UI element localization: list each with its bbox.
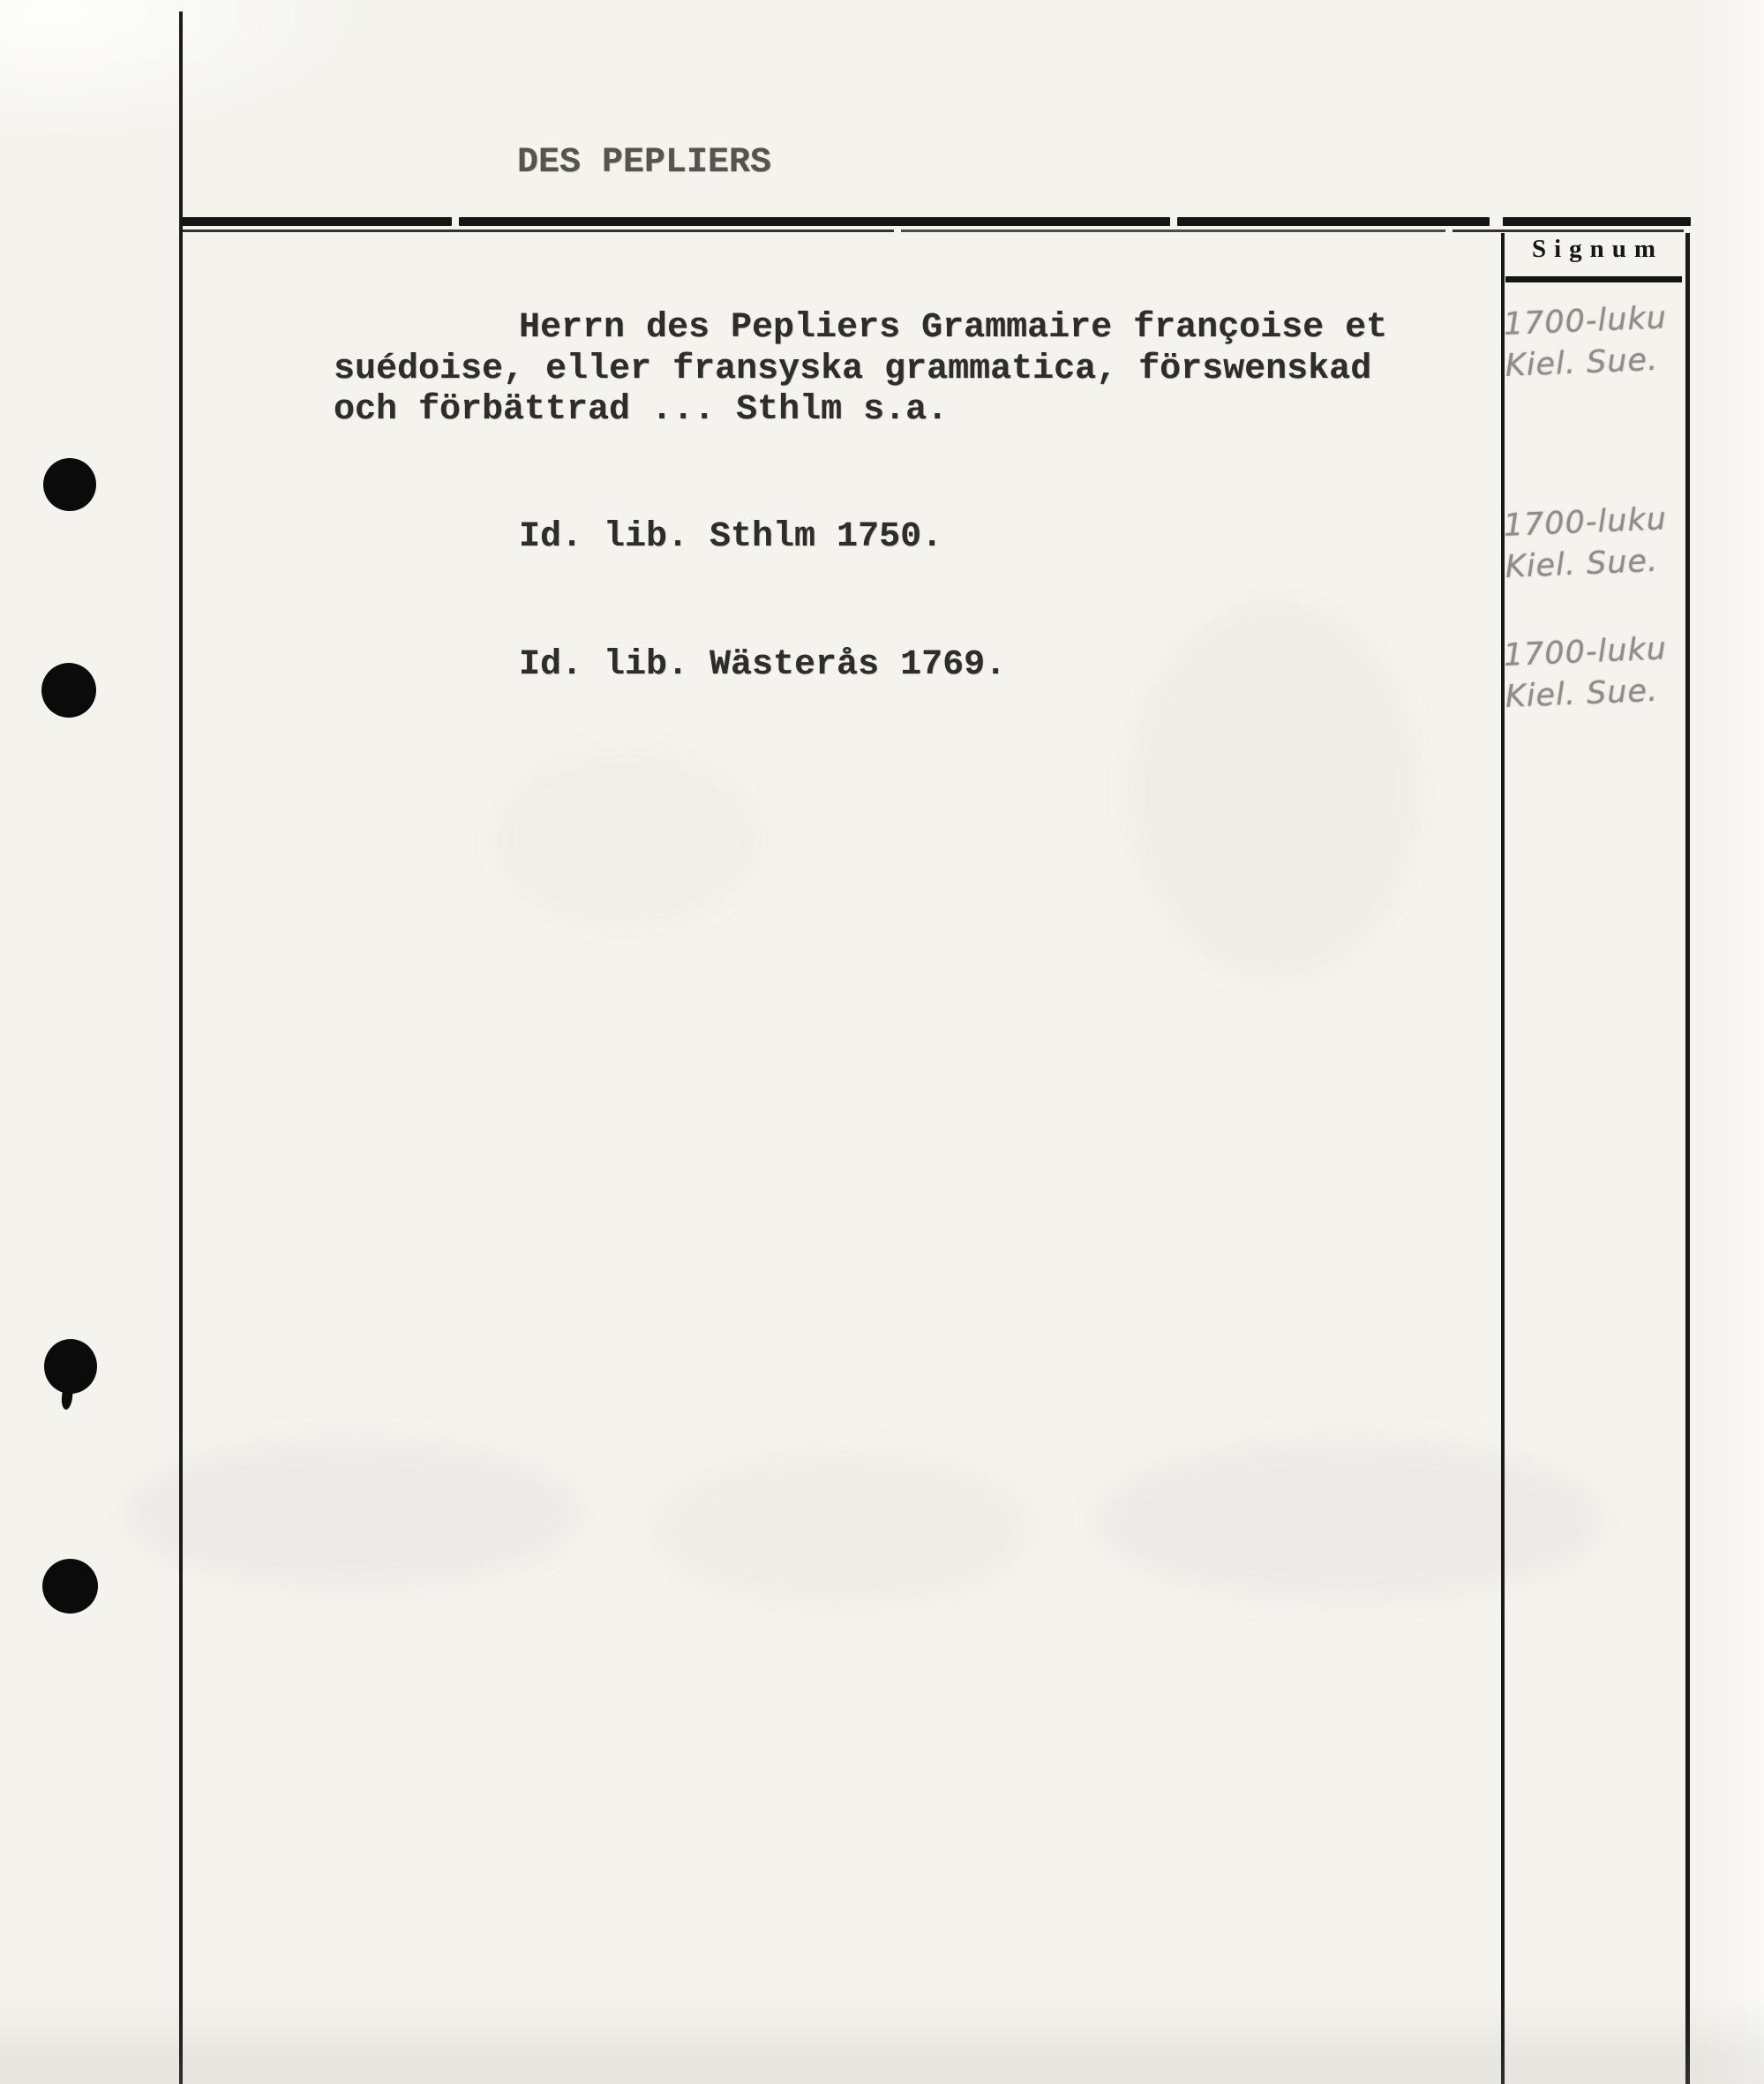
signum-column-header: Signum (1505, 235, 1682, 264)
bleed-through-smudge (124, 1439, 582, 1589)
signum-header-underline (1505, 276, 1682, 282)
signum-handwritten-entry-1: 1700-luku Kiel. Sue. (1503, 295, 1738, 387)
entry-1-text-line: suédoise, eller fransyska grammatica, fö… (334, 350, 1371, 389)
punch-hole (44, 1339, 97, 1394)
left-margin-rule (179, 11, 183, 2084)
punch-hole (41, 663, 96, 718)
header-rule-thin-segment (901, 229, 1445, 232)
header-rule-thin-segment (183, 229, 894, 232)
signum-handwritten-entry-2: 1700-luku Kiel. Sue. (1503, 496, 1738, 589)
punch-hole (42, 1559, 98, 1614)
header-rule-thick-segment (1503, 217, 1691, 226)
entry-1-text-line: och förbättrad ... Sthlm s.a. (334, 390, 948, 430)
signum-handwritten-line: Kiel. Sue. (1505, 538, 1738, 589)
header-rule-thick-segment (1177, 217, 1490, 226)
signum-handwritten-entry-3: 1700-luku Kiel. Sue. (1503, 626, 1738, 718)
scan-shading-top-left (0, 0, 371, 141)
bleed-through-smudge (1130, 600, 1421, 980)
document-page: Signum DES PEPLIERS Herrn des Pepliers G… (0, 0, 1764, 2084)
entry-3-text-line: Id. lib. Wästerås 1769. (519, 645, 1006, 685)
header-rule-thin-segment (1452, 229, 1684, 232)
bleed-through-smudge (653, 1452, 1032, 1606)
entry-2-text-line: Id. lib. Sthlm 1750. (519, 517, 942, 557)
signum-handwritten-line: Kiel. Sue. (1505, 667, 1738, 718)
page-title: DES PEPLIERS (517, 143, 771, 183)
bleed-through-smudge (1094, 1439, 1606, 1602)
entry-1-text-line: Herrn des Pepliers Grammaire françoise e… (519, 308, 1387, 348)
signum-handwritten-line: Kiel. Sue. (1505, 336, 1738, 387)
header-rule-thick-segment (181, 217, 452, 226)
punch-hole (43, 458, 96, 511)
scan-shading-bottom (0, 1996, 1764, 2084)
bleed-through-smudge (494, 750, 759, 927)
header-rule-thick-segment (459, 217, 1170, 226)
